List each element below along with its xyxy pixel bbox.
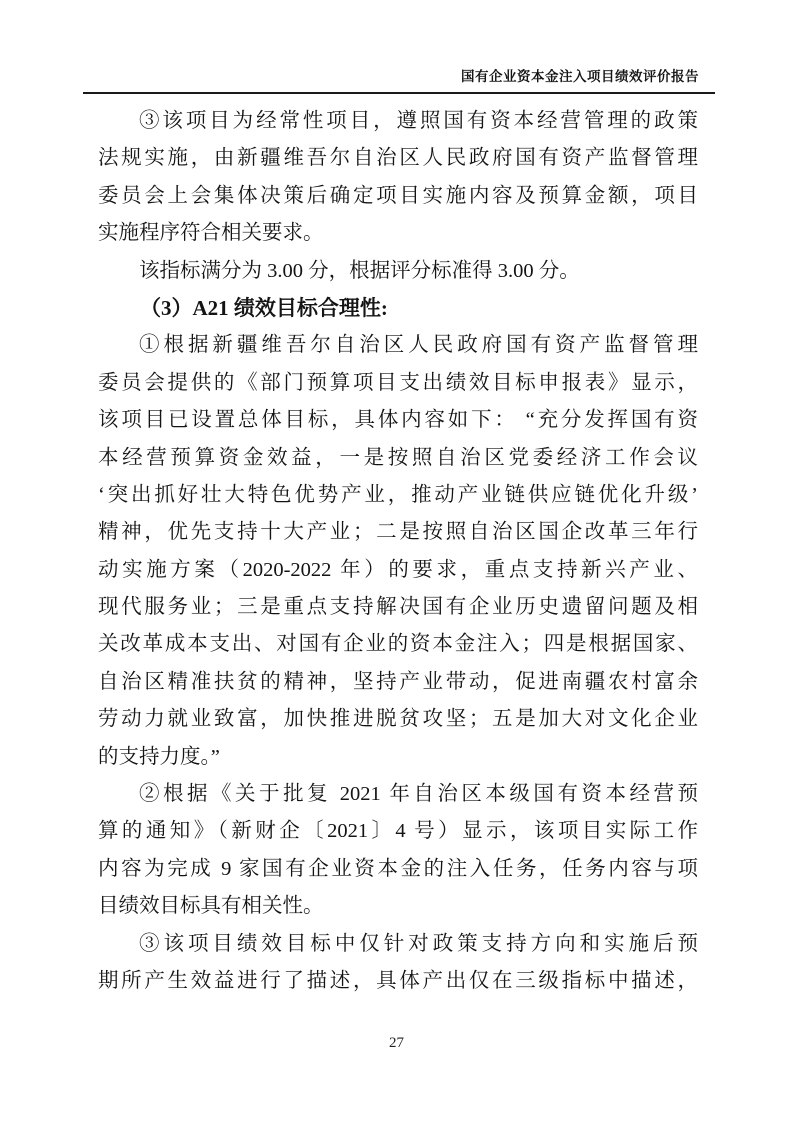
paragraph: ③该项目绩效目标中仅针对政策支持方向和实施后预期所产生效益进行了描述，具体产出仅… [98, 926, 698, 1001]
document-body: ③该项目为经常性项目，遵照国有资本经营管理的政策法规实施，由新疆维吾尔自治区人民… [98, 103, 698, 1003]
text-line: ③该项目绩效目标中仅针对政策支持方向和实施后预 [98, 926, 698, 963]
paragraph: 该指标满分为 3.00 分，根据评分标准得 3.00 分。 [98, 253, 698, 290]
text-line: 动实施方案（2020-2022 年）的要求，重点支持新兴产业、 [98, 552, 698, 589]
paragraph: ①根据新疆维吾尔自治区人民政府国有资产监督管理委员会提供的《部门预算项目支出绩效… [98, 327, 698, 776]
text-line: ‘突出抓好壮大特色优势产业，推动产业链供应链优化升级’ [98, 477, 698, 514]
text-line: ①根据新疆维吾尔自治区人民政府国有资产监督管理 [98, 327, 698, 364]
text-line: ③该项目为经常性项目，遵照国有资本经营管理的政策 [98, 103, 698, 140]
section-heading: （3）A21 绩效目标合理性: [98, 290, 698, 327]
text-line: 现代服务业；三是重点支持解决国有企业历史遗留问题及相 [98, 589, 698, 626]
page-number: 27 [389, 1035, 404, 1051]
text-line: 算的通知》（新财企〔2021〕4 号）显示，该项目实际工作 [98, 813, 698, 850]
text-line: 关改革成本支出、对国有企业的资本金注入；四是根据国家、 [98, 626, 698, 663]
header-title: 国有企业资本金注入项目绩效评价报告 [461, 69, 699, 84]
text-line: 该指标满分为 3.00 分，根据评分标准得 3.00 分。 [98, 253, 698, 290]
document-page: 国有企业资本金注入项目绩效评价报告 ③该项目为经常性项目，遵照国有资本经营管理的… [0, 0, 793, 1122]
text-line: 内容为完成 9 家国有企业资本金的注入任务，任务内容与项 [98, 851, 698, 888]
text-line: 委员会上会集体决策后确定项目实施内容及预算金额，项目 [98, 178, 698, 215]
text-line: 目绩效目标具有相关性。 [98, 888, 698, 925]
text-line: 期所产生效益进行了描述，具体产出仅在三级指标中描述， [98, 963, 698, 1000]
text-line: 本经营预算资金效益，一是按照自治区党委经济工作会议 [98, 440, 698, 477]
text-line: 实施程序符合相关要求。 [98, 215, 698, 252]
text-line: ②根据《关于批复 2021 年自治区本级国有资本经营预 [98, 776, 698, 813]
text-line: 劳动力就业致富，加快推进脱贫攻坚；五是加大对文化企业 [98, 701, 698, 738]
text-line: 法规实施，由新疆维吾尔自治区人民政府国有资产监督管理 [98, 140, 698, 177]
text-line: 该项目已设置总体目标，具体内容如下： “充分发挥国有资 [98, 402, 698, 439]
text-line: 精神，优先支持十大产业；二是按照自治区国企改革三年行 [98, 514, 698, 551]
paragraph: ③该项目为经常性项目，遵照国有资本经营管理的政策法规实施，由新疆维吾尔自治区人民… [98, 103, 698, 253]
header-rule [83, 92, 715, 94]
paragraph: ②根据《关于批复 2021 年自治区本级国有资本经营预算的通知》（新财企〔202… [98, 776, 698, 926]
page-footer: 27 [0, 1032, 793, 1054]
page-header: 国有企业资本金注入项目绩效评价报告 [85, 67, 699, 87]
text-line: 自治区精准扶贫的精神，坚持产业带动，促进南疆农村富余 [98, 664, 698, 701]
text-line: 的支持力度。” [98, 739, 698, 776]
text-line: 委员会提供的《部门预算项目支出绩效目标申报表》显示， [98, 365, 698, 402]
text-line: （3）A21 绩效目标合理性: [98, 290, 698, 327]
